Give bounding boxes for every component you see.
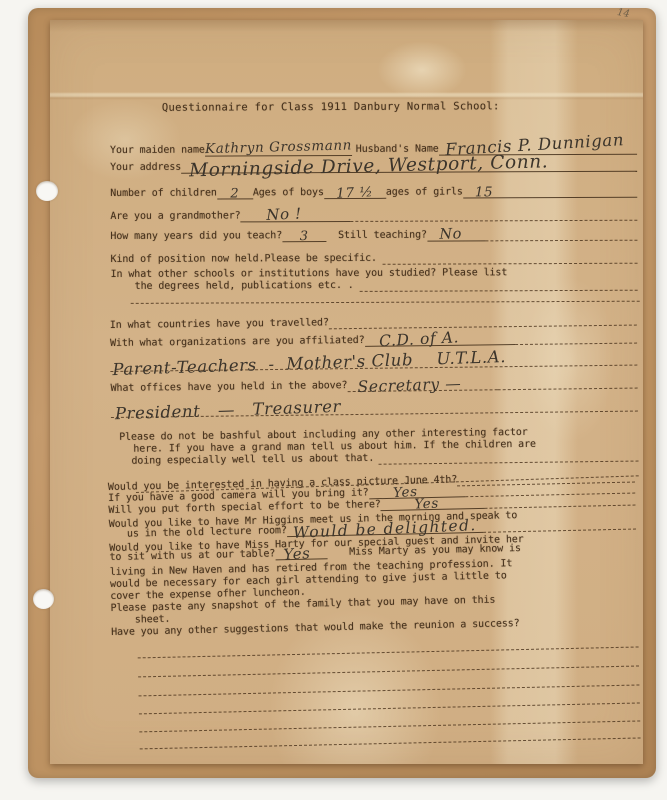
answer-line	[138, 663, 639, 677]
punch-hole-bottom	[33, 589, 54, 609]
answer-line	[139, 718, 640, 732]
answer-line	[138, 682, 639, 696]
punch-hole-top	[36, 181, 58, 201]
blank-answer-line	[139, 718, 640, 732]
answer-line: Yes	[381, 496, 485, 511]
corner-pencil-mark: 14	[616, 7, 630, 20]
questionnaire-paper: Questionnaire for Class 1911 Danbury Nor…	[50, 20, 643, 764]
blank-answer-line	[140, 735, 641, 749]
handwritten-value: Yes	[283, 546, 311, 563]
blank-answer-line	[139, 700, 640, 714]
answer-line	[140, 735, 641, 749]
mat-board: Questionnaire for Class 1911 Danbury Nor…	[28, 8, 656, 778]
blank-answer-line	[138, 663, 639, 677]
answer-line	[138, 644, 639, 658]
typed-line: Miss Marty as you may know is	[349, 543, 521, 559]
handwritten-value: Yes	[414, 497, 439, 512]
field-label: to sit with us at our table?	[109, 548, 275, 564]
typed-line: sheet.	[135, 614, 171, 627]
answer-line: Yes	[275, 546, 327, 560]
section-reunion: Would you be interested in having a clas…	[38, 9, 647, 766]
answer-line	[139, 700, 640, 714]
field-label: us in the old lecture room?	[127, 525, 287, 540]
scan-page: { "page": { "corner_mark": "14", "backgr…	[0, 0, 667, 800]
blank-answer-line	[138, 644, 639, 658]
blank-answer-line	[138, 682, 639, 696]
